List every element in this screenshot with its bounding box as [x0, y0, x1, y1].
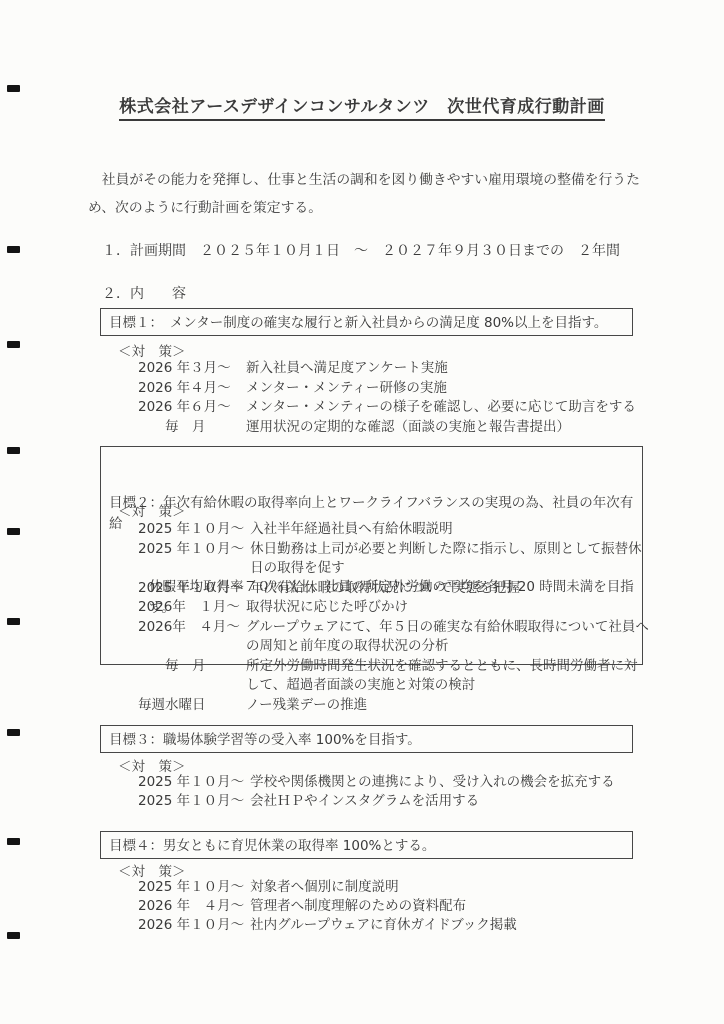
scan-artifact-mark	[7, 447, 20, 454]
measure-desc: 休日勤務は上司が必要と判断した際に指示し、原則として振替休日の取得を促す	[250, 540, 650, 579]
goal4-heading: 目標４：男女ともに育児休業の取得率 100%とする。	[109, 838, 435, 854]
intro-line-2: め、次のように行動計画を策定する。	[88, 200, 322, 216]
document-title-text: 株式会社アースデザインコンサルタンツ 次世代育成行動計画	[119, 97, 605, 121]
measure-row: 毎 月 運用状況の定期的な確認（面談の実施と報告書提出）	[138, 418, 650, 438]
goal3-measures-list: 2025 年１０月～ 学校や関係機関との連携により、受け入れの機会を拡充する 2…	[138, 773, 650, 811]
goal2-measures-label: ＜対 策＞	[118, 500, 186, 520]
measure-desc: 管理者へ制度理解のための資料配布	[250, 897, 650, 916]
intro-line-1: 社員がその能力を発揮し、仕事と生活の調和を図り働きやすい雇用環境の整備を行うた	[88, 172, 640, 188]
measure-date: 2026 年１０月～	[138, 916, 244, 935]
scan-artifact-mark	[7, 246, 20, 253]
scan-artifact-mark	[7, 838, 20, 845]
scan-artifact-mark	[7, 618, 20, 625]
measure-row: 毎週水曜日 ノー残業デーの推進	[138, 696, 650, 716]
scan-artifact-mark	[7, 932, 20, 939]
measure-row: 2025 年１０月～ 年次有給休暇の取得状況について実態を把握	[138, 579, 650, 599]
measure-date: 2025 年１０月～	[138, 773, 244, 792]
measure-desc: 所定外労働時間発生状況を確認するとともに、長時間労働者に対して、超過者面談の実施…	[246, 657, 650, 696]
measure-date: 2026 年６月～	[138, 398, 240, 418]
contents-line: ２．内 容	[102, 283, 186, 303]
measure-desc: グループウェアにて、年５日の確実な有給休暇取得について社員への周知と前年度の取得…	[246, 618, 650, 657]
measure-row: 2026 年 ４月～ 管理者へ制度理解のための資料配布	[138, 897, 650, 916]
measure-desc: 社内グループウェアに育休ガイドブック掲載	[250, 916, 650, 935]
goal3-heading: 目標３：職場体験学習等の受入率 100%を目指す。	[109, 732, 421, 748]
measure-date: 2025 年１０月～	[138, 792, 244, 811]
goal3-box: 目標３：職場体験学習等の受入率 100%を目指す。	[100, 725, 633, 753]
measure-row: 2025 年１０月～ 会社ＨＰやインスタグラムを活用する	[138, 792, 650, 811]
measure-date: 2026年 １月～	[138, 598, 240, 618]
document-page: 株式会社アースデザインコンサルタンツ 次世代育成行動計画 社員がその能力を発揮し…	[0, 0, 724, 1024]
measure-row: 2026 年６月～ メンター・メンティーの様子を確認し、必要に応じて助言をする	[138, 398, 650, 418]
measure-desc: メンター・メンティー研修の実施	[246, 379, 650, 399]
measure-row: 毎 月 所定外労働時間発生状況を確認するとともに、長時間労働者に対して、超過者面…	[138, 657, 650, 696]
measure-row: 2026 年１０月～ 社内グループウェアに育休ガイドブック掲載	[138, 916, 650, 935]
measure-desc: 対象者へ個別に制度説明	[250, 878, 650, 897]
goal2-measures-list: 2025 年１０月～ 入社半年経過社員へ有給休暇説明 2025 年１０月～ 休日…	[138, 520, 650, 715]
measure-desc: 新入社員へ満足度アンケート実施	[246, 359, 650, 379]
measure-desc: ノー残業デーの推進	[246, 696, 650, 716]
measure-date: 毎 月	[138, 418, 240, 438]
plan-period-line: １．計画期間 ２０２５年１０月１日 ～ ２０２７年９月３０日までの ２年間	[102, 240, 620, 260]
measure-date: 2026 年３月～	[138, 359, 240, 379]
measure-desc: 会社ＨＰやインスタグラムを活用する	[250, 792, 650, 811]
scan-artifact-mark	[7, 341, 20, 348]
measure-desc: 年次有給休暇の取得状況について実態を把握	[250, 579, 650, 599]
measure-row: 2025 年１０月～ 対象者へ個別に制度説明	[138, 878, 650, 897]
goal1-measures-label: ＜対 策＞	[118, 340, 186, 360]
measure-date: 2025 年１０月～	[138, 540, 244, 560]
measure-date: 2026 年 ４月～	[138, 897, 244, 916]
measure-row: 2025 年１０月～ 休日勤務は上司が必要と判断した際に指示し、原則として振替休…	[138, 540, 650, 579]
measure-date: 毎週水曜日	[138, 696, 240, 716]
intro-paragraph: 社員がその能力を発揮し、仕事と生活の調和を図り働きやすい雇用環境の整備を行うため…	[88, 166, 648, 222]
measure-row: 2026年 ４月～ グループウェアにて、年５日の確実な有給休暇取得について社員へ…	[138, 618, 650, 657]
scan-artifact-mark	[7, 528, 20, 535]
measure-desc: 取得状況に応じた呼びかけ	[246, 598, 650, 618]
scan-artifact-mark	[7, 85, 20, 92]
measure-row: 2026 年４月～ メンター・メンティー研修の実施	[138, 379, 650, 399]
measure-desc: メンター・メンティーの様子を確認し、必要に応じて助言をする	[246, 398, 650, 418]
measure-desc: 入社半年経過社員へ有給休暇説明	[250, 520, 650, 540]
document-title: 株式会社アースデザインコンサルタンツ 次世代育成行動計画	[0, 92, 724, 117]
measure-date: 2026年 ４月～	[138, 618, 240, 638]
goal1-box: 目標１： メンター制度の確実な履行と新入社員からの満足度 80%以上を目指す。	[100, 308, 633, 336]
measure-date: 2025 年１０月～	[138, 579, 244, 599]
measure-desc: 運用状況の定期的な確認（面談の実施と報告書提出）	[246, 418, 650, 438]
goal4-measures-label: ＜対 策＞	[118, 860, 186, 880]
measure-row: 2025 年１０月～ 入社半年経過社員へ有給休暇説明	[138, 520, 650, 540]
measure-date: 2026 年４月～	[138, 379, 240, 399]
measure-date: 2025 年１０月～	[138, 520, 244, 540]
measure-date: 毎 月	[138, 657, 240, 677]
goal4-box: 目標４：男女ともに育児休業の取得率 100%とする。	[100, 831, 633, 859]
goal3-measures-label: ＜対 策＞	[118, 755, 186, 775]
measure-desc: 学校や関係機関との連携により、受け入れの機会を拡充する	[250, 773, 650, 792]
measure-row: 2026 年３月～ 新入社員へ満足度アンケート実施	[138, 359, 650, 379]
goal1-heading: 目標１： メンター制度の確実な履行と新入社員からの満足度 80%以上を目指す。	[109, 315, 607, 331]
goal4-measures-list: 2025 年１０月～ 対象者へ個別に制度説明 2026 年 ４月～ 管理者へ制度…	[138, 878, 650, 935]
measure-date: 2025 年１０月～	[138, 878, 244, 897]
measure-row: 2026年 １月～ 取得状況に応じた呼びかけ	[138, 598, 650, 618]
scan-artifact-mark	[7, 729, 20, 736]
measure-row: 2025 年１０月～ 学校や関係機関との連携により、受け入れの機会を拡充する	[138, 773, 650, 792]
goal1-measures-list: 2026 年３月～ 新入社員へ満足度アンケート実施 2026 年４月～ メンター…	[138, 359, 650, 437]
